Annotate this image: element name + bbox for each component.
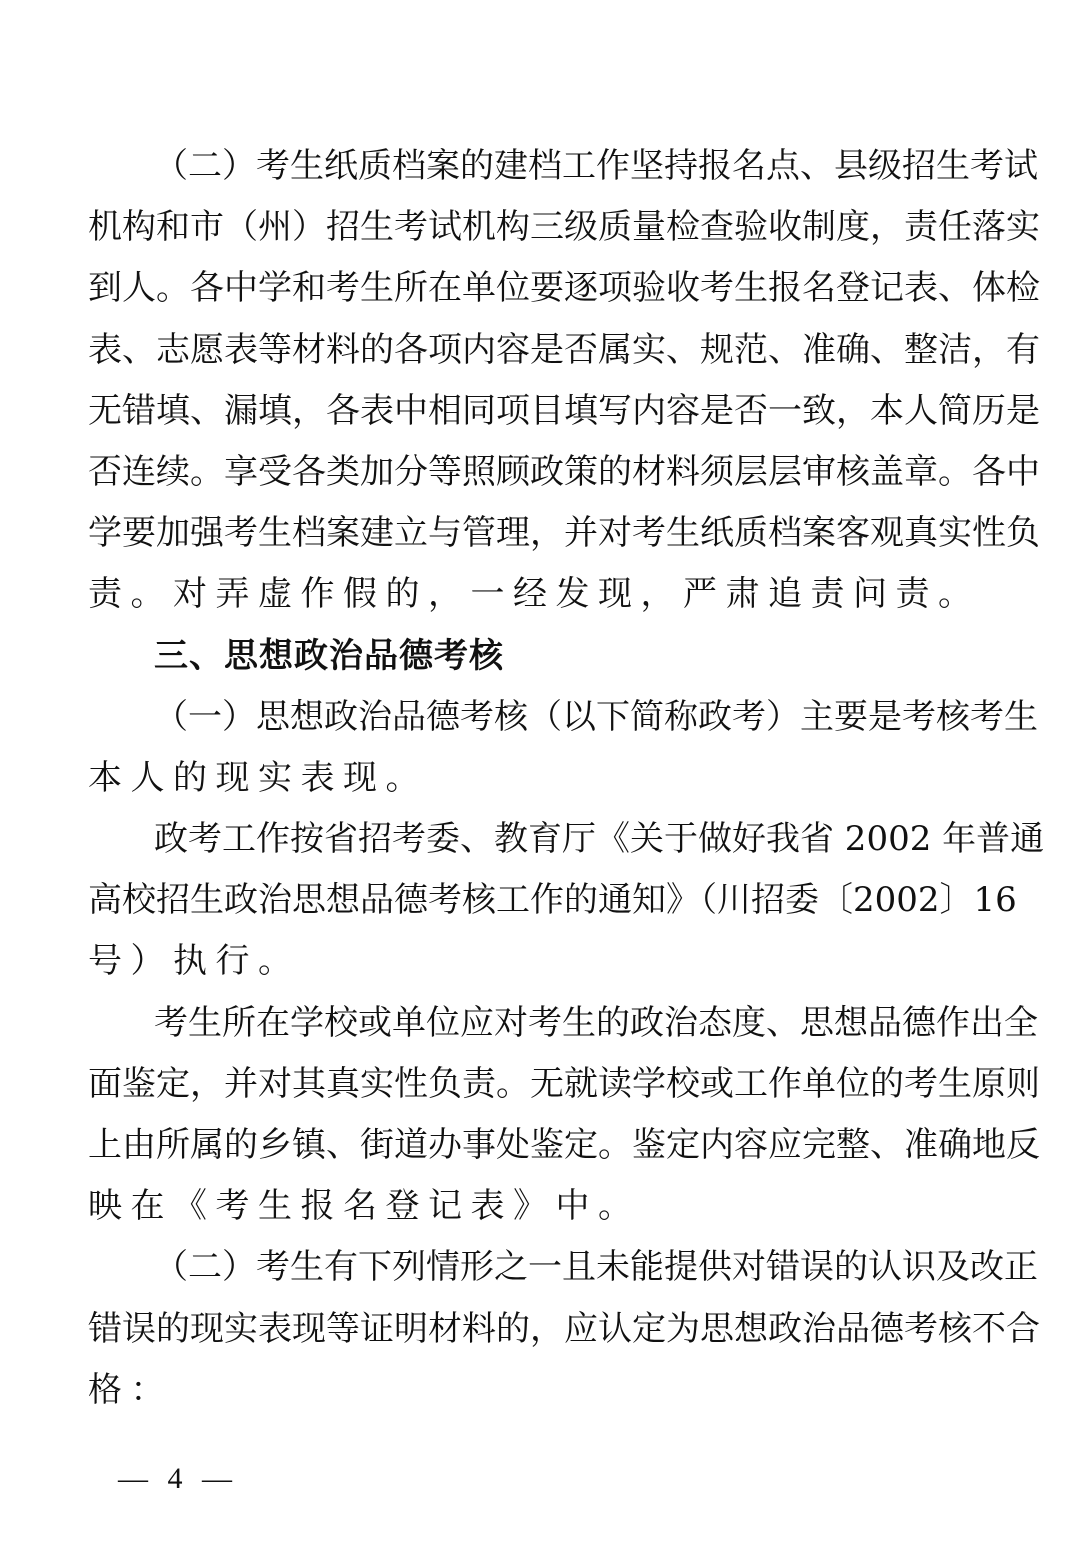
text-line: （二）考生纸质档案的建档工作坚持报名点、县级招生考试 xyxy=(88,136,992,197)
text-line: 本人的现实表现。 xyxy=(88,748,992,809)
text-line: 否连续。享受各类加分等照顾政策的材料须层层审核盖章。各中 xyxy=(88,442,992,503)
text-line: 映在《考生报名登记表》中。 xyxy=(88,1176,992,1237)
text-line: 格： xyxy=(88,1360,992,1421)
text-line: 无错填、漏填，各表中相同项目填写内容是否一致，本人简历是 xyxy=(88,381,992,442)
text-line: 政考工作按省招考委、教育厅《关于做好我省 2002 年普通 xyxy=(88,809,992,870)
text-line: 号）执行。 xyxy=(88,931,992,992)
text-line: 学要加强考生档案建立与管理，并对考生纸质档案客观真实性负 xyxy=(88,503,992,564)
paragraph-political-assessment-scope: （一）思想政治品德考核（以下简称政考）主要是考核考生 本人的现实表现。 xyxy=(88,687,992,809)
text-line: 高校招生政治思想品德考核工作的通知》（川招委〔2002〕16 xyxy=(88,870,992,931)
text-line: （一）思想政治品德考核（以下简称政考）主要是考核考生 xyxy=(88,687,992,748)
text-line: 面鉴定，并对其真实性负责。无就读学校或工作单位的考生原则 xyxy=(88,1054,992,1115)
paragraph-regulation-reference: 政考工作按省招考委、教育厅《关于做好我省 2002 年普通 高校招生政治思想品德… xyxy=(88,809,992,993)
text-line: （二）考生有下列情形之一且未能提供对错误的认识及改正 xyxy=(88,1237,992,1298)
text-line: 表、志愿表等材料的各项内容是否属实、规范、准确、整洁，有 xyxy=(88,320,992,381)
text-line: 考生所在学校或单位应对考生的政治态度、思想品德作出全 xyxy=(88,993,992,1054)
page-number: — 4 — xyxy=(118,1462,238,1496)
paragraph-disqualification-conditions: （二）考生有下列情形之一且未能提供对错误的认识及改正 错误的现实表现等证明材料的… xyxy=(88,1237,992,1421)
text-line: 机构和市（州）招生考试机构三级质量检查验收制度，责任落实 xyxy=(88,197,992,258)
text-line: 到人。各中学和考生所在单位要逐项验收考生报名登记表、体检 xyxy=(88,258,992,319)
paragraph-archive-inspection: （二）考生纸质档案的建档工作坚持报名点、县级招生考试 机构和市（州）招生考试机构… xyxy=(88,136,992,626)
text-line: 错误的现实表现等证明材料的，应认定为思想政治品德考核不合 xyxy=(88,1299,992,1360)
text-line: 上由所属的乡镇、街道办事处鉴定。鉴定内容应完整、准确地反 xyxy=(88,1115,992,1176)
text-line: 责。对弄虚作假的，一经发现，严肃追责问责。 xyxy=(88,564,992,625)
section-heading: 三、思想政治品德考核 xyxy=(88,626,992,687)
document-page: （二）考生纸质档案的建档工作坚持报名点、县级招生考试 机构和市（州）招生考试机构… xyxy=(88,136,992,1421)
paragraph-appraisal-responsibility: 考生所在学校或单位应对考生的政治态度、思想品德作出全 面鉴定，并对其真实性负责。… xyxy=(88,993,992,1238)
